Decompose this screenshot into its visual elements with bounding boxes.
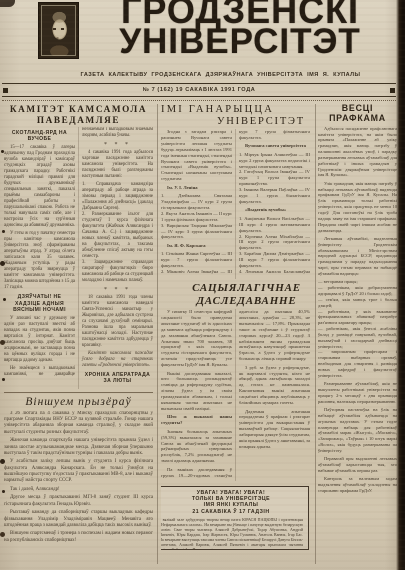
research-question: Што ж выказалі нашы студэнты? [161,414,232,426]
komsomol-text-columns: СКОТЛАНД-ЯРД НА ВУЧОБЕ 15—17 сакавіка ў … [4,127,153,389]
article-paragraph: У пачатку ІІ семестра кафедрай сацыялогі… [161,309,232,368]
masthead-divider [2,100,396,101]
article-paragraph: У гэты ж год у пачатку семестра пры камі… [4,231,75,291]
article-paragraph: З 26 лютага па 4 сакавіка ў Мінску прахо… [4,411,153,436]
subheadline-girls-warning: ДЗЯЎЧАТЫ! НЕ ХАДЗІЦЕ АДНЫЯ ВЯСНЫМІ НОЧАМ… [6,294,73,313]
article-paragraph: Вынікі даследавання паказалі, што больша… [161,371,232,412]
article-paragraph: У асабістым заліку лепшы вынік у студэнт… [4,459,153,484]
article-paragraph: Віншуем спартсменаў і трэнера з поспехам… [4,531,153,543]
article-paragraph: Кантроль за належным ходам выдзялення аў… [318,476,397,494]
column-rule [315,104,316,564]
article-paragraph: 15—17 сакавіка ў лагеры адпачынку пад Гр… [4,145,75,229]
article-paragraph: Легкавыя аўтамабілі, выдзеленыя ўніверсі… [318,236,397,277]
article-paragraph: У апошні час у дружыну не адзін раз паст… [4,316,75,364]
scan-edge-shadow [396,0,405,570]
stipend-list: 1. Мірчук Ірына Аляксееўна — ІІІ курс 2 … [239,152,310,205]
article-paragraph: Улік грамадзян, якія маюць патрэбу ў наб… [318,181,397,234]
article-paragraph: Рыхтаваў каманду да спаборніцтваў старшы… [4,510,153,529]
scan-corner-mark [0,0,15,7]
subheadline-operatrad-chronicle: ХРОНІКА АПЕРАТРАДА ЗА ЛЮТЫ [84,372,151,384]
article-prafkam: ВЕСЦІ ПРАФКАМА Адбылося пасяджэнне прафс… [318,104,397,566]
stipend-group-title: «Выдатнік вучобы» [239,207,310,213]
komsomol-headline: КАМІТЭТ КАМСАМОЛА ПАВЕДАМЛЯЕ [4,104,153,125]
portrait-face-icon [53,28,56,30]
stipend-group-title: Ім. У. І. Леніна [161,185,232,191]
winners-headline: Віншуем прызёраў [4,395,153,409]
newspaper-title: ГРОДЗЕНСКІ УНІВЕРСІТЭТ [92,0,388,58]
issue-bar-ornament-right [390,88,395,93]
prafkam-text: Адбылося пасяджэнне прафсаюзнага камітэт… [318,126,397,564]
kupala-portrait [38,2,79,59]
article-komsomol: КАМІТЭТ КАМСАМОЛА ПАВЕДАМЛЯЕ СКОТЛАНД-ЯР… [4,104,153,566]
stipends-headline-part1: ІМІ ГАНАРЫЦЦА [161,104,310,115]
article-winners: Віншуем прызёраў З 26 лютага па 4 сакаві… [4,392,153,566]
stipend-group-title: Ім. Я. Ф. Карскага [161,243,232,249]
article-paragraph: Другое месца ў практыкаванні МГІ-8 заняў… [4,495,153,507]
event-notice-box: УВАГА! УВАГА! УВАГА! ТОЛЬКІ ВА УНІВЕРСІТ… [161,486,309,550]
masthead-subtitle: ГАЗЕТА КАЛЕКТЫВУ ГРОДЗЕНСКАГА ДЗЯРЖАЎНАГ… [58,72,383,78]
stipends-headline-part2: УНІВЕРСІТЭТ [161,116,310,127]
title-line-1: ГРОДЗЕНСКІ [92,0,388,28]
article-closing: Камітэт камсамола пажадае ўсяго добрага … [82,351,153,369]
article-paragraph: Перавагай пры выдзяленні легкавых аўтама… [318,456,397,474]
section-separator: * * * [82,142,153,148]
issue-bar: № 7 (162) 19 САКАВІКА 1991 ГОДА [2,83,396,97]
article-paragraph: Значная большасць апытаных (59,3%) выказ… [161,429,232,464]
agenda-list: 1. Справаздача камандзіра аператраду аб … [82,182,153,284]
article-paragraph: Паўторная пастаноўка на ўлік на набыццё … [318,407,397,454]
subheadline-scotland-yard: СКОТЛАНД-ЯРД НА ВУЧОБЕ [6,130,73,142]
research-headline: САЦЫЯЛАГІЧНАЕ ДАСЛЕДАВАННЕ [161,282,310,307]
article-paragraph: Згодна з загадам рэктара і рашэннем Вучо… [161,129,232,182]
stipend-list: 1. Дзейкалава Святлана Уладзіміраўна — I… [161,193,232,240]
stipends-headline: ІМІ ГАНАРЫЦЦА УНІВЕРСІТЭТ [161,104,310,129]
article-paragraph: Жаночая каманда спартклуба нашага універ… [4,438,153,457]
section-separator: * * * [82,287,153,293]
notice-body: у вялікай зале адбудзецца творчы вечар п… [161,517,303,550]
research-text-columns: У пачатку ІІ семестра кафедрай сацыялогі… [161,309,310,481]
article-paragraph: Так і далей, Аляксандр! [4,487,153,493]
winners-text: З 26 лютага па 4 сакавіка ў Мінску прахо… [4,411,153,566]
column-rule [157,104,158,564]
prafkam-headline: ВЕСЦІ ПРАФКАМА [318,104,397,123]
article-stipends: ІМІ ГАНАРЫЦЦА УНІВЕРСІТЭТ Згодна з загад… [161,104,310,566]
newspaper-page: ГРОДЗЕНСКІ УНІВЕРСІТЭТ ГАЗЕТА КАЛЕКТЫВУ … [0,0,405,570]
article-paragraph: Дадзеныя апытання перададзены ў прафкам … [239,409,310,450]
notice-headline: УВАГА! УВАГА! УВАГА! ТОЛЬКІ ВА УНІВЕРСІТ… [161,490,303,515]
article-paragraph: 3 руб. за ўдзел у рэферэндуме, як жартав… [239,365,310,406]
stipend-group-title: Вучонага савета універсітэта [239,143,310,149]
article-paragraph: 18 сакавіка 1991 года члены камітэта кам… [82,295,153,349]
priority-list: — ветэранам працы; — работнікам, якія до… [318,279,397,378]
issue-bar-ornament-left [3,88,8,93]
article-paragraph: Адбылося пасяджэнне прафсаюзнага камітэт… [318,126,397,179]
stipends-text-columns: Згодна з загадам рэктара і рашэннем Вучо… [161,129,310,279]
article-paragraph: Размеркаванне аўтамабіляў, якія не выкуп… [318,381,397,404]
article-paragraph: 4 сакавіка 1991 года адбылося чарговае п… [82,150,153,180]
issue-line: № 7 (162) 19 САКАВІКА 1991 ГОДА [143,87,256,93]
scan-specks [1,150,4,153]
